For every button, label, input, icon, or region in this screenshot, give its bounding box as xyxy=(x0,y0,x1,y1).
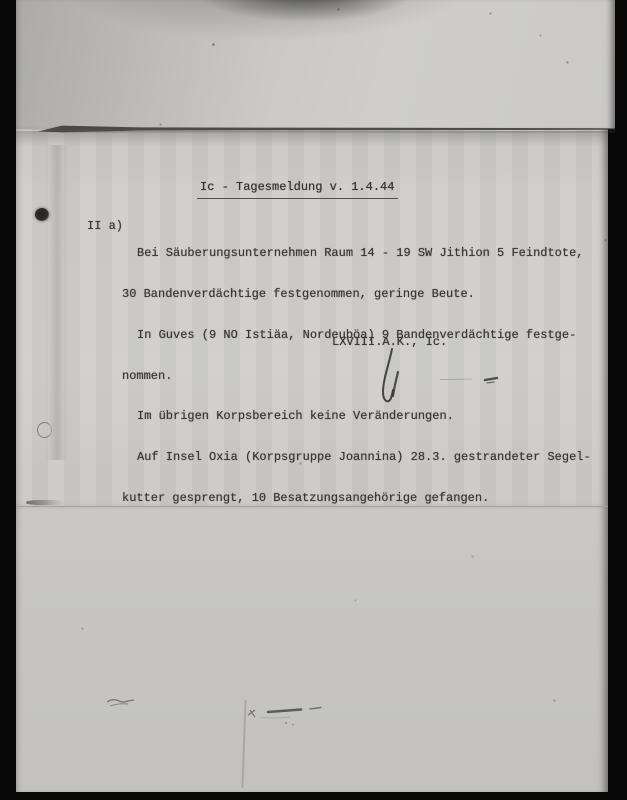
report-body: Bei Säuberungsunternehmen Raum 14 - 19 S… xyxy=(122,220,591,533)
paper-top-strip xyxy=(16,0,615,129)
page-edge-notch xyxy=(26,500,64,505)
report-heading: Ic - Tagesmeldung v. 1.4.44 xyxy=(197,181,398,199)
punch-hole-ring xyxy=(37,422,52,438)
paper-lower-page xyxy=(16,506,608,792)
item-label: II a) xyxy=(87,220,123,234)
smudge-marks xyxy=(100,690,340,730)
body-line: Im übrigen Korpsbereich keine Veränderun… xyxy=(137,410,591,424)
fold-line xyxy=(0,122,627,138)
pencil-dash-mark xyxy=(440,374,506,386)
pen-squiggle-mark xyxy=(370,344,410,408)
body-line: 30 Bandenverdächtige festgenommen, gerin… xyxy=(122,288,591,302)
dust-specks xyxy=(0,0,1,1)
scanned-document-page: Ic - Tagesmeldung v. 1.4.44 II a) Bei Sä… xyxy=(0,0,627,800)
body-line: Auf Insel Oxia (Korpsgruppe Joannina) 28… xyxy=(137,451,591,465)
body-line: kutter gesprengt, 10 Besatzungsangehörig… xyxy=(122,492,591,506)
body-line: Bei Säuberungsunternehmen Raum 14 - 19 S… xyxy=(137,247,591,261)
body-line: nommen. xyxy=(122,370,591,384)
punch-hole-filled xyxy=(35,208,49,221)
